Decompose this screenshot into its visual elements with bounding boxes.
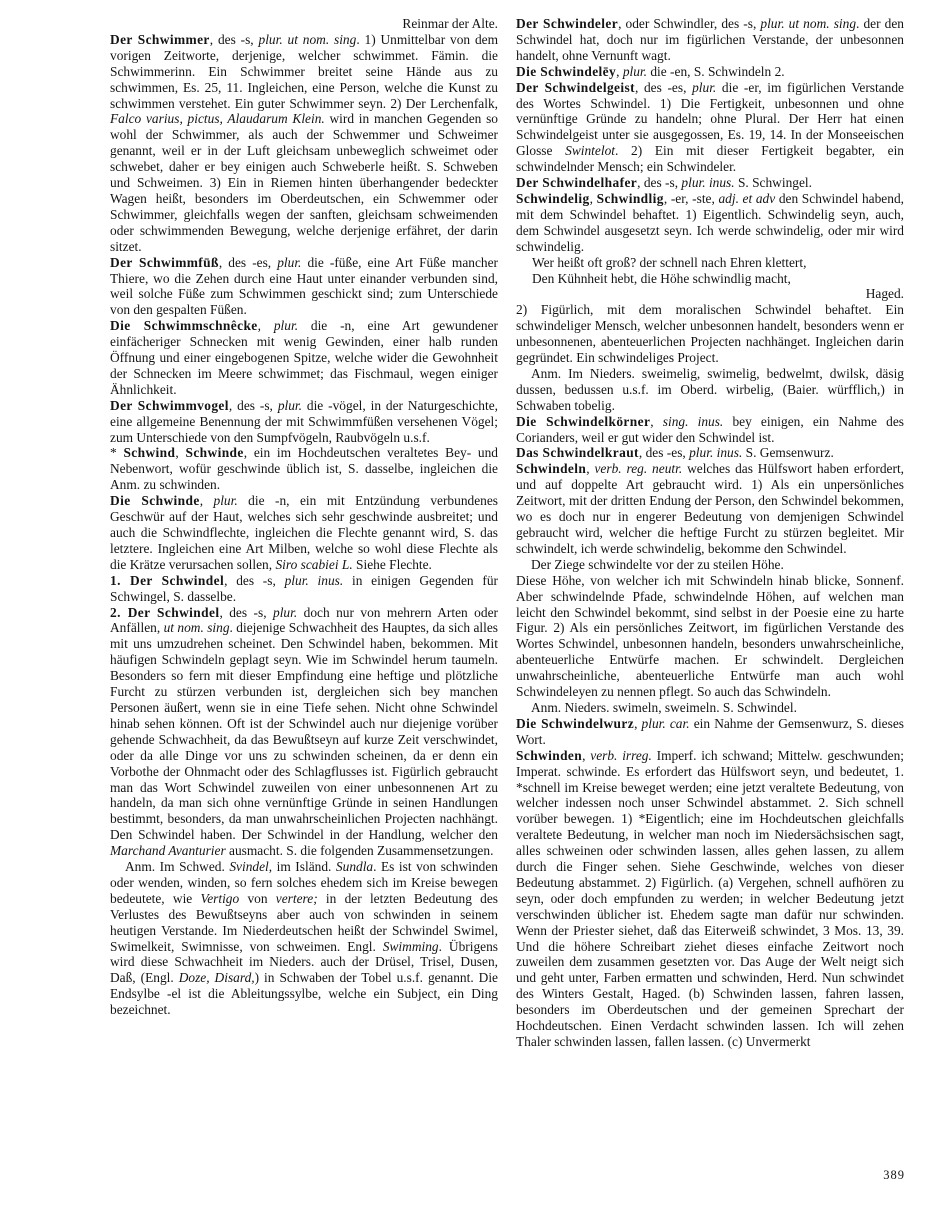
headword: Schwind (123, 445, 175, 460)
dictionary-paragraph: Der Schwimmfūß, des -es, plur. die -füße… (110, 255, 498, 319)
body-text: Reinmar der Alte. (402, 16, 498, 31)
body-text: . diejenige Schwachheit des Hauptes, da … (110, 620, 498, 842)
body-text: , (616, 64, 623, 79)
body-text: Siehe Flechte. (353, 557, 432, 572)
dictionary-paragraph: 2) Figürlich, mit dem moralischen Schwin… (516, 302, 904, 366)
italic-text: Sundla (336, 859, 373, 874)
body-text: Wer heißt oft groß? der schnell nach Ehr… (532, 255, 806, 270)
headword: 2. Der Schwindel (110, 605, 219, 620)
verse-line: Den Kühnheit hebt, die Höhe schwindlig m… (532, 271, 904, 287)
body-text: , (650, 414, 663, 429)
italic-text: plur. inus. (689, 445, 742, 460)
italic-text: Doze, Disard, (179, 970, 255, 985)
italic-text: verb. irreg. (590, 748, 652, 763)
headword: Die Schwindelēy (516, 64, 616, 79)
dictionary-paragraph: Der Schwindelhafer, des -s, plur. inus. … (516, 175, 904, 191)
headword: Die Schwinde (110, 493, 200, 508)
right-column: Der Schwindeler, oder Schwindler, des -s… (516, 16, 904, 1050)
dictionary-paragraph: * Schwind, Schwinde, ein im Hochdeutsche… (110, 445, 498, 493)
body-text: Diese Höhe, von welcher ich mit Schwinde… (516, 573, 904, 699)
headword: Die Schwindelwurz (516, 716, 634, 731)
dictionary-paragraph: Schwindeln, verb. reg. neutr. welches da… (516, 461, 904, 556)
dictionary-paragraph: Der Schwimmer, des -s, plur. ut nom. sin… (110, 32, 498, 255)
headword: Schwinde (185, 445, 243, 460)
verse-line: Wer heißt oft groß? der schnell nach Ehr… (532, 255, 904, 271)
italic-text: plur. (278, 398, 302, 413)
italic-text: plur. ut nom. sing (760, 16, 856, 31)
body-text: Anm. Nieders. swimeln, sweimeln. S. Schw… (531, 700, 797, 715)
italic-text: plur. car. (642, 716, 690, 731)
dictionary-paragraph: Die Schwinde, plur. die -n, ein mit Entz… (110, 493, 498, 573)
headword: Schwindeln (516, 461, 586, 476)
attribution-line: Haged. (516, 286, 904, 302)
body-text: , (634, 716, 641, 731)
dictionary-paragraph: Der Schwimmvogel, des -s, plur. die -vög… (110, 398, 498, 446)
dictionary-paragraph: Schwinden, verb. irreg. Imperf. ich schw… (516, 748, 904, 1050)
left-column: Reinmar der Alte.Der Schwimmer, des -s, … (110, 16, 498, 1050)
body-text: , des -es, (639, 445, 689, 460)
body-text: Anm. Im Nieders. sweimelig, swimelig, be… (516, 366, 904, 413)
body-text: wird in manchen Gegenden so wohl der Sch… (110, 111, 498, 253)
body-text: , des -es, (635, 80, 692, 95)
italic-text: Falco varius, pictus, Alaudarum Klein. (110, 111, 325, 126)
headword: Der Schwindelhafer (516, 175, 637, 190)
body-text: , des -es, (219, 255, 277, 270)
body-text: Den Kühnheit hebt, die Höhe schwindlig m… (532, 271, 791, 286)
italic-text: plur. inus. (285, 573, 344, 588)
body-text: die -en, S. Schwindeln 2. (647, 64, 785, 79)
body-text: Anm. Im Schwed. (125, 859, 229, 874)
body-text: * (110, 445, 123, 460)
body-text: , des -s, (210, 32, 259, 47)
italic-text: Svindel (229, 859, 268, 874)
body-text: , (200, 493, 214, 508)
italic-text: sing. inus. (663, 414, 724, 429)
dictionary-paragraph: Die Schwindelwurz, plur. car. ein Nahme … (516, 716, 904, 748)
body-text: , im Isländ. (269, 859, 336, 874)
italic-text: Vertigo (201, 891, 240, 906)
italic-text: plur. (273, 605, 297, 620)
body-text: , oder Schwindler, des -s, (618, 16, 760, 31)
body-text: ausmacht. S. die folgenden Zusammensetzu… (226, 843, 494, 858)
dictionary-paragraph: Anm. Im Schwed. Svindel, im Isländ. Sund… (110, 859, 498, 1018)
dictionary-paragraph: Der Ziege schwindelte vor der zu steilen… (516, 557, 904, 573)
italic-text: plur. inus. (681, 175, 734, 190)
dictionary-paragraph: Die Schwindelēy, plur. die -en, S. Schwi… (516, 64, 904, 80)
italic-text: plur. (214, 493, 238, 508)
headword: Schwindlig (597, 191, 664, 206)
headword: Der Schwimmvogel (110, 398, 229, 413)
italic-text: adj. et adv (718, 191, 775, 206)
dictionary-paragraph: Der Schwindeler, oder Schwindler, des -s… (516, 16, 904, 64)
headword: Der Schwimmer (110, 32, 210, 47)
document-page: Reinmar der Alte.Der Schwimmer, des -s, … (0, 0, 935, 1210)
headword: Der Schwindelgeist (516, 80, 635, 95)
body-text: , (175, 445, 185, 460)
body-text: 2) Figürlich, mit dem moralischen Schwin… (516, 302, 904, 365)
italic-text: ut nom. sing (164, 620, 230, 635)
italic-text: plur. (692, 80, 716, 95)
body-text: S. Schwingel. (735, 175, 812, 190)
body-text: Imperf. ich schwand; Mittelw. geschwunde… (516, 748, 904, 1049)
headword: Das Schwindelkraut (516, 445, 639, 460)
italic-text: Swimming (383, 939, 439, 954)
italic-text: Swintelot (565, 143, 615, 158)
dictionary-paragraph: Die Schwindelkörner, sing. inus. bey ein… (516, 414, 904, 446)
dictionary-paragraph: 2. Der Schwindel, des -s, plur. doch nur… (110, 605, 498, 860)
italic-text: verb. reg. neutr. (594, 461, 682, 476)
dictionary-paragraph: Der Schwindelgeist, des -es, plur. die -… (516, 80, 904, 175)
italic-text: Marchand Avanturier (110, 843, 226, 858)
body-text: Haged. (866, 286, 904, 301)
two-column-text-block: Reinmar der Alte.Der Schwimmer, des -s, … (110, 16, 905, 1050)
dictionary-paragraph: Schwindelig, Schwindlig, -er, -ste, adj.… (516, 191, 904, 255)
body-text: von (239, 891, 276, 906)
headword: Der Schwindeler (516, 16, 618, 31)
headword: 1. Der Schwindel (110, 573, 224, 588)
italic-text: plur. ut nom. sing (259, 32, 357, 47)
body-text: , (258, 318, 274, 333)
body-text: , -er, -ste, (664, 191, 719, 206)
italic-text: Siro scabiei L. (275, 557, 352, 572)
body-text: , des -s, (229, 398, 278, 413)
dictionary-paragraph: Das Schwindelkraut, des -es, plur. inus.… (516, 445, 904, 461)
headword: Der Schwimmfūß (110, 255, 219, 270)
dictionary-paragraph: Die Schwimmschnêcke, plur. die -n, eine … (110, 318, 498, 398)
body-text: Der Ziege schwindelte vor der zu steilen… (531, 557, 784, 572)
page-number: 389 (883, 1168, 905, 1184)
body-text: , des -s, (219, 605, 273, 620)
italic-text: vertere; (276, 891, 318, 906)
dictionary-paragraph: Anm. Nieders. swimeln, sweimeln. S. Schw… (516, 700, 904, 716)
body-text: , (590, 191, 597, 206)
italic-text: plur. (274, 318, 298, 333)
headword: Schwinden (516, 748, 582, 763)
attribution-line: Reinmar der Alte. (110, 16, 498, 32)
italic-text: plur. (623, 64, 647, 79)
body-text: , des -s, (637, 175, 681, 190)
dictionary-paragraph: Diese Höhe, von welcher ich mit Schwinde… (516, 573, 904, 700)
headword: Die Schwimmschnêcke (110, 318, 258, 333)
headword: Die Schwindelkörner (516, 414, 650, 429)
italic-text: plur. (277, 255, 301, 270)
body-text: , des -s, (224, 573, 285, 588)
body-text: S. Gemsenwurz. (742, 445, 834, 460)
dictionary-paragraph: 1. Der Schwindel, des -s, plur. inus. in… (110, 573, 498, 605)
headword: Schwindelig (516, 191, 590, 206)
dictionary-paragraph: Anm. Im Nieders. sweimelig, swimelig, be… (516, 366, 904, 414)
